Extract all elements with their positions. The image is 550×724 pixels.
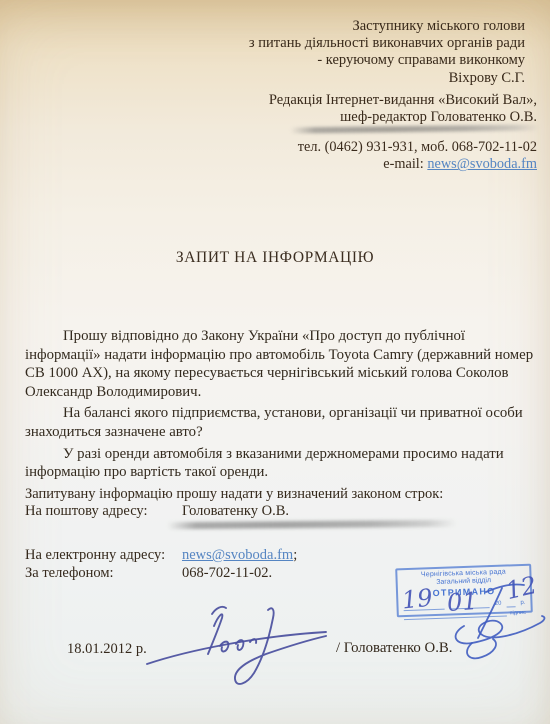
delivery-email-value: news@svoboda.fm; [182,547,297,564]
delivery-email-link[interactable]: news@svoboda.fm [182,547,293,563]
delivery-intro: Запитувану інформацію прошу надати у виз… [25,486,443,503]
postal-value: Головатенку О.В. [182,503,289,520]
phone-line: тел. (0462) 931-931, моб. 068-702-11-02 [298,139,537,156]
footer-date: 18.01.2012 р. [67,641,147,658]
letter-title: ЗАПИТ НА ІНФОРМАЦІЮ [0,249,550,267]
email-suffix: ; [293,547,297,563]
letter-body: Прошу відповідно до Закону України «Про … [25,327,539,482]
handwritten-day: 19 [401,585,434,612]
contacts-block: тел. (0462) 931-931, моб. 068-702-11-02 … [298,139,537,174]
main-signature [144,598,329,696]
scanned-letter-page: Заступнику міського голови з питань діял… [0,0,550,724]
rental-paragraph: У разі оренди автомобіля з вказаними дер… [25,445,539,482]
sender-line: Редакція Інтернет-видання «Високий Вал», [269,92,537,109]
phone-label: За телефоном: [25,565,114,582]
recipient-line: з питань діяльності виконавчих органів р… [249,35,525,52]
footer-signed-by: / Головатенко О.В. [336,640,452,657]
redacted-postal-address [167,520,457,530]
question-paragraph: На балансі якого підприємства, установи,… [25,404,539,441]
recipient-line: - керуючому справами виконкому [249,52,525,69]
phone-value: 068-702-11-02. [182,565,272,582]
delivery-email-label: На електронну адресу: [25,547,165,564]
recipient-block: Заступнику міського голови з питань діял… [249,18,525,87]
postal-label: На поштову адресу: [25,503,148,520]
email-line: e-mail: news@svoboda.fm [298,156,537,173]
sender-block: Редакція Інтернет-видання «Високий Вал»,… [269,92,537,127]
email-label: e-mail: [383,156,427,172]
recipient-line: Заступнику міського голови [249,18,525,35]
recipient-name: Віхрову С.Г. [249,70,525,87]
request-paragraph: Прошу відповідно до Закону України «Про … [25,327,539,401]
stamp-signature [438,578,548,666]
email-link[interactable]: news@svoboda.fm [427,156,537,172]
